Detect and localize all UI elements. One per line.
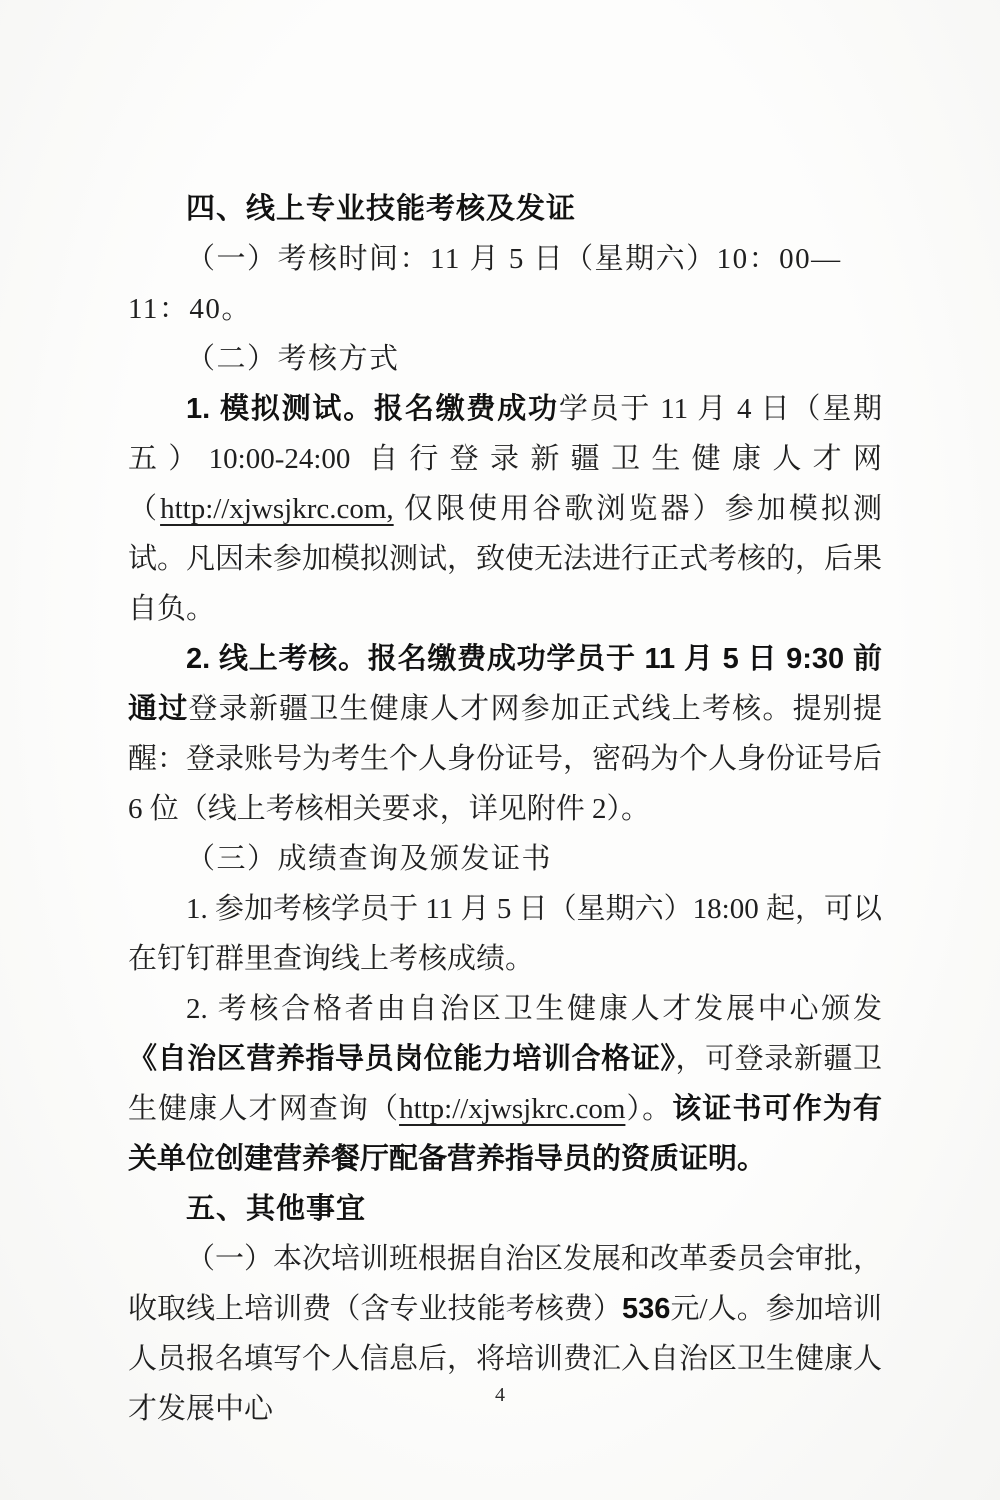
text-segment: 2. 考核合格者由自治区卫生健康人才发展中心颁发 <box>186 993 882 1025</box>
url-text: http://xjwsjkrc.com <box>399 1093 625 1125</box>
item-results-and-certificates: （三）成绩查询及颁发证书 <box>128 834 882 884</box>
para-certificate-issuance: 2. 考核合格者由自治区卫生健康人才发展中心颁发《自治区营养指导员岗位能力培训合… <box>128 984 882 1184</box>
text-segment: ）。 <box>625 1093 672 1125</box>
url-text: http://xjwsjkrc.com, <box>160 493 394 525</box>
text-segment: （二）考核方式 <box>186 343 400 375</box>
section-heading-4: 四、线上专业技能考核及发证 <box>128 184 882 234</box>
page-number: 4 <box>0 1382 1000 1408</box>
text-segment: 1. 模拟测试。报名缴费成功 <box>186 393 559 425</box>
item-assessment-time: （一）考核时间：11 月 5 日（星期六）10：00—11：40。 <box>128 234 882 334</box>
para-online-assessment: 2. 线上考核。报名缴费成功学员于 11 月 5 日 9:30 前通过登录新疆卫… <box>128 634 882 834</box>
para-score-query: 1. 参加考核学员于 11 月 5 日（星期六）18:00 起，可以在钉钉群里查… <box>128 884 882 984</box>
text-segment: 536 <box>622 1293 670 1325</box>
para-mock-test: 1. 模拟测试。报名缴费成功学员于 11 月 4 日（星期五）10:00-24:… <box>128 384 882 634</box>
text-segment: 五、其他事宜 <box>186 1193 366 1225</box>
text-segment: 《自治区营养指导员岗位能力培训合格证》 <box>128 1043 676 1075</box>
text-segment: （一）考核时间：11 月 5 日（星期六）10：00—11：40。 <box>128 243 842 325</box>
text-segment: 1. 参加考核学员于 11 月 5 日（星期六）18:00 起，可以在钉钉群里查… <box>128 893 882 975</box>
scanned-document-page: 四、线上专业技能考核及发证（一）考核时间：11 月 5 日（星期六）10：00—… <box>0 0 1000 1500</box>
text-segment: 登录新疆卫生健康人才网参加正式线上考核。提别提醒：登录账号为考生个人身份证号，密… <box>128 693 882 825</box>
text-segment: 四、线上专业技能考核及发证 <box>186 193 576 225</box>
item-assessment-method: （二）考核方式 <box>128 334 882 384</box>
section-heading-5: 五、其他事宜 <box>128 1184 882 1234</box>
text-segment: （三）成绩查询及颁发证书 <box>186 843 552 875</box>
document-body: 四、线上专业技能考核及发证（一）考核时间：11 月 5 日（星期六）10：00—… <box>128 184 882 1434</box>
